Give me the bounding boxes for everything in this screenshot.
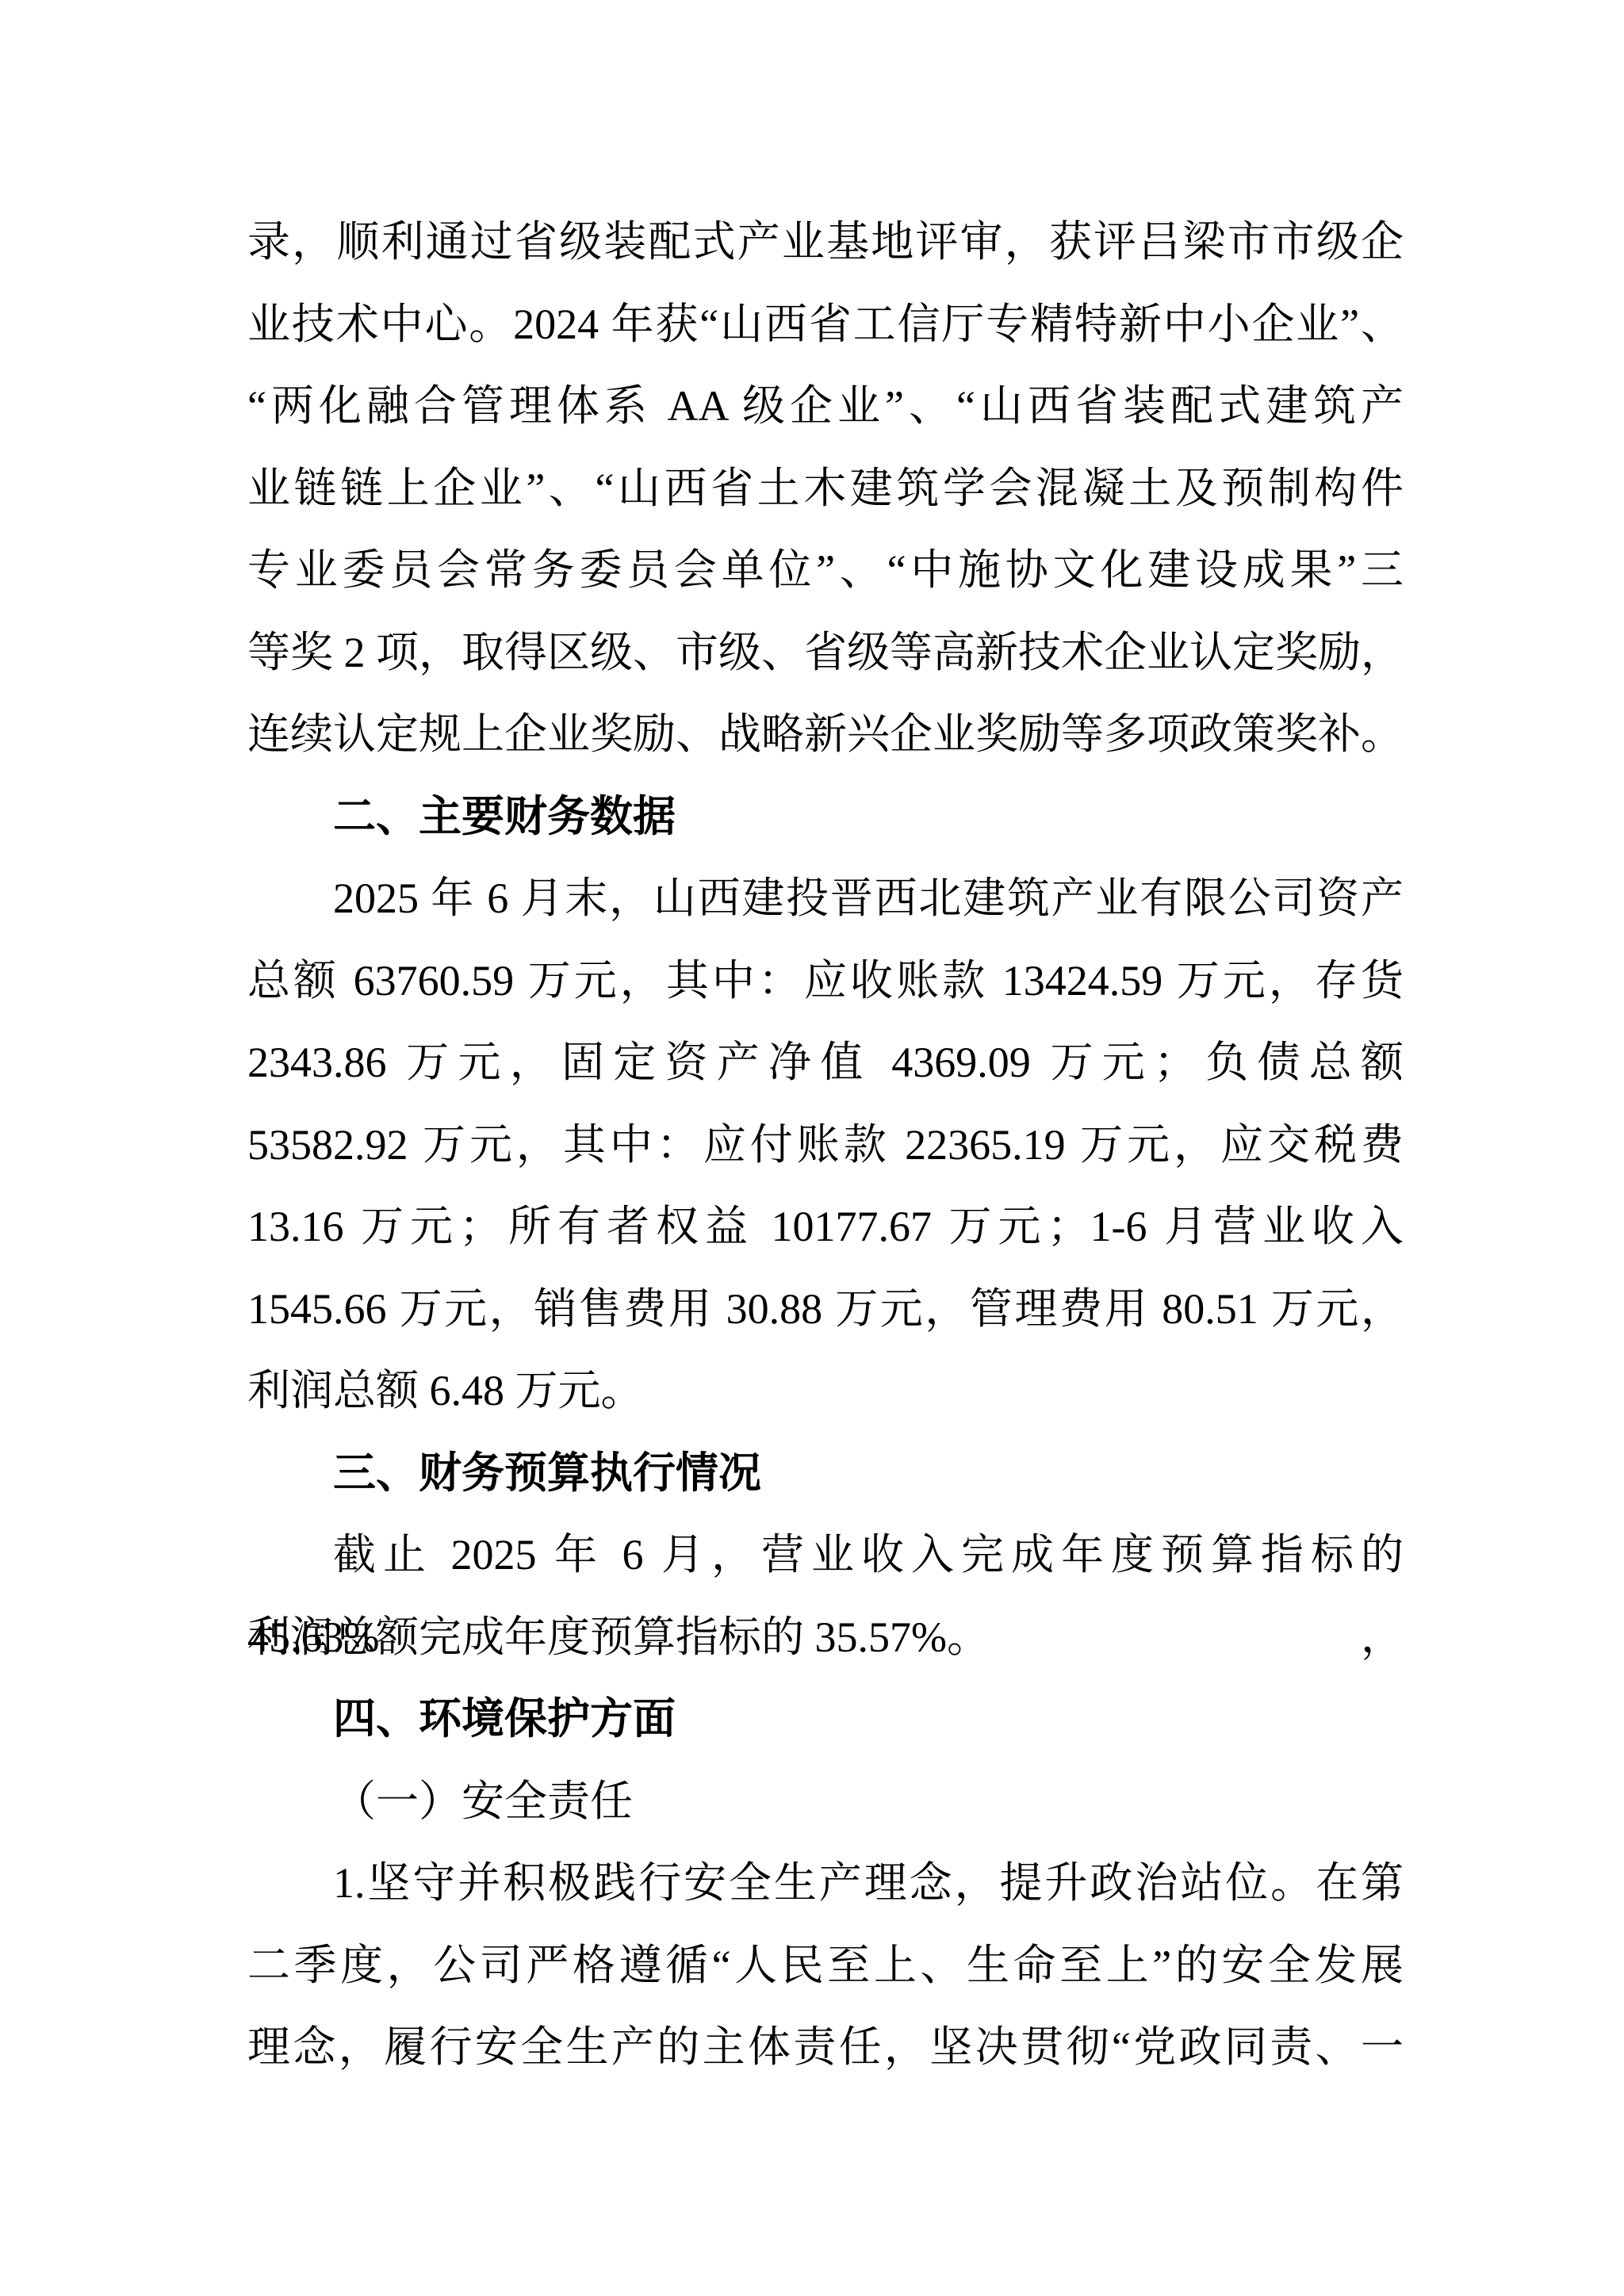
text-line: 业链链上企业”、“山西省土木建筑学会混凝土及预制构件	[247, 448, 1404, 530]
text-line: 1.坚守并积极践行安全生产理念，提升政治站位。在第	[247, 1843, 1404, 1925]
text-line: 二季度，公司严格遵循“人民至上、生命至上”的安全发展	[247, 1925, 1404, 2007]
text-line: 理念，履行安全生产的主体责任，坚决贯彻“党政同责、一	[247, 2007, 1404, 2089]
text-line: 录，顺利通过省级装配式产业基地评审，获评吕梁市市级企	[247, 201, 1404, 284]
sub-section-heading-safety: （一）安全责任	[247, 1761, 1404, 1843]
text-line: “两化融合管理体系 AA 级企业”、“山西省装配式建筑产	[247, 365, 1404, 448]
text-line: 1545.66 万元，销售费用 30.88 万元，管理费用 80.51 万元，	[247, 1269, 1404, 1351]
text-line: 53582.92 万元，其中：应付账款 22365.19 万元，应交税费	[247, 1104, 1404, 1187]
text-line: 专业委员会常务委员会单位”、“中施协文化建设成果”三	[247, 530, 1404, 612]
text-line: 利润总额 6.48 万元。	[247, 1350, 1404, 1433]
text-line: 截止 2025 年 6 月，营业收入完成年度预算指标的 45.63%，	[247, 1514, 1404, 1597]
document-page: 录，顺利通过省级装配式产业基地评审，获评吕梁市市级企 业技术中心。2024 年获…	[0, 0, 1624, 2296]
section-heading-budget: 三、财务预算执行情况	[247, 1433, 1404, 1515]
section-heading-finance: 二、主要财务数据	[247, 776, 1404, 859]
text-column: 录，顺利通过省级装配式产业基地评审，获评吕梁市市级企 业技术中心。2024 年获…	[247, 201, 1404, 2089]
text-line: 13.16 万元；所有者权益 10177.67 万元；1-6 月营业收入	[247, 1186, 1404, 1269]
text-line: 等奖 2 项，取得区级、市级、省级等高新技术企业认定奖励，	[247, 612, 1404, 695]
text-line: 总额 63760.59 万元，其中：应收账款 13424.59 万元，存货	[247, 940, 1404, 1023]
section-heading-environment: 四、环境保护方面	[247, 1678, 1404, 1761]
text-line: 连续认定规上企业奖励、战略新兴企业奖励等多项政策奖补。	[247, 694, 1404, 776]
text-line: 2343.86 万元，固定资产净值 4369.09 万元；负债总额	[247, 1022, 1404, 1104]
text-line: 业技术中心。2024 年获“山西省工信厅专精特新中小企业”、	[247, 284, 1404, 366]
text-line: 2025 年 6 月末，山西建投晋西北建筑产业有限公司资产	[247, 858, 1404, 940]
